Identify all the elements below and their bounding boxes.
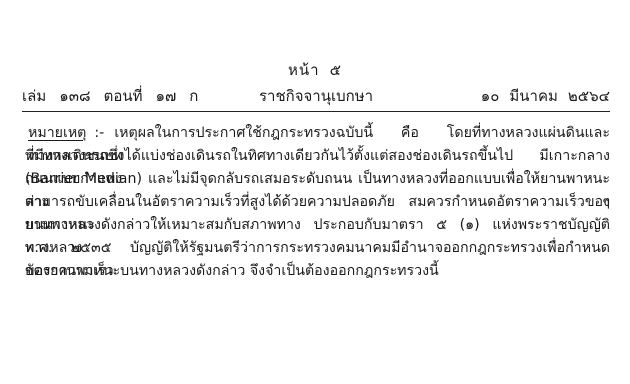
page-label: หน้า	[288, 61, 320, 79]
remark-line: (Barrier Median) และไม่มีจุดกลับรถเสมอระ…	[25, 168, 610, 191]
remark-line: สามารถขับเคลื่อนในอัตราความเร็วที่สูงได้…	[25, 191, 610, 214]
gazette-header: เล่ม๑๓๘ตอนที่๑๗ก ราชกิจจานุเบกษา ๑๐มีนาค…	[22, 84, 610, 106]
remark-line: หมายเหตุ:-เหตุผลในการประกาศใช้กฎกระทรวงฉ…	[25, 122, 610, 145]
date-month: มีนาคม	[509, 87, 558, 105]
remark-line: ที่มีทางเดินรถซึ่งได้แบ่งช่องเดินรถในทิศ…	[25, 145, 610, 168]
remark-line: พ.ศ. ๒๕๓๕ บัญญัติให้รัฐมนตรีว่าการกระทรว…	[25, 237, 610, 260]
remark-separator: :-	[94, 125, 104, 141]
remark-section: หมายเหตุ:-เหตุผลในการประกาศใช้กฎกระทรวงฉ…	[25, 122, 610, 283]
page-value: ๕	[330, 61, 342, 79]
remark-line: ของยานพาหนะบนทางหลวงดังกล่าว จึงจำเป็นต้…	[25, 260, 610, 283]
remark-label: หมายเหตุ	[28, 125, 86, 141]
remark-line: บนทางหลวงดังกล่าวให้เหมาะสมกับสภาพทาง ปร…	[25, 214, 610, 237]
page-number: หน้า๕	[0, 58, 630, 82]
publication-date: ๑๐มีนาคม๒๕๖๔	[471, 84, 610, 108]
date-year: ๒๕๖๔	[568, 87, 610, 105]
date-day: ๑๐	[481, 87, 500, 105]
header-divider	[22, 111, 610, 112]
